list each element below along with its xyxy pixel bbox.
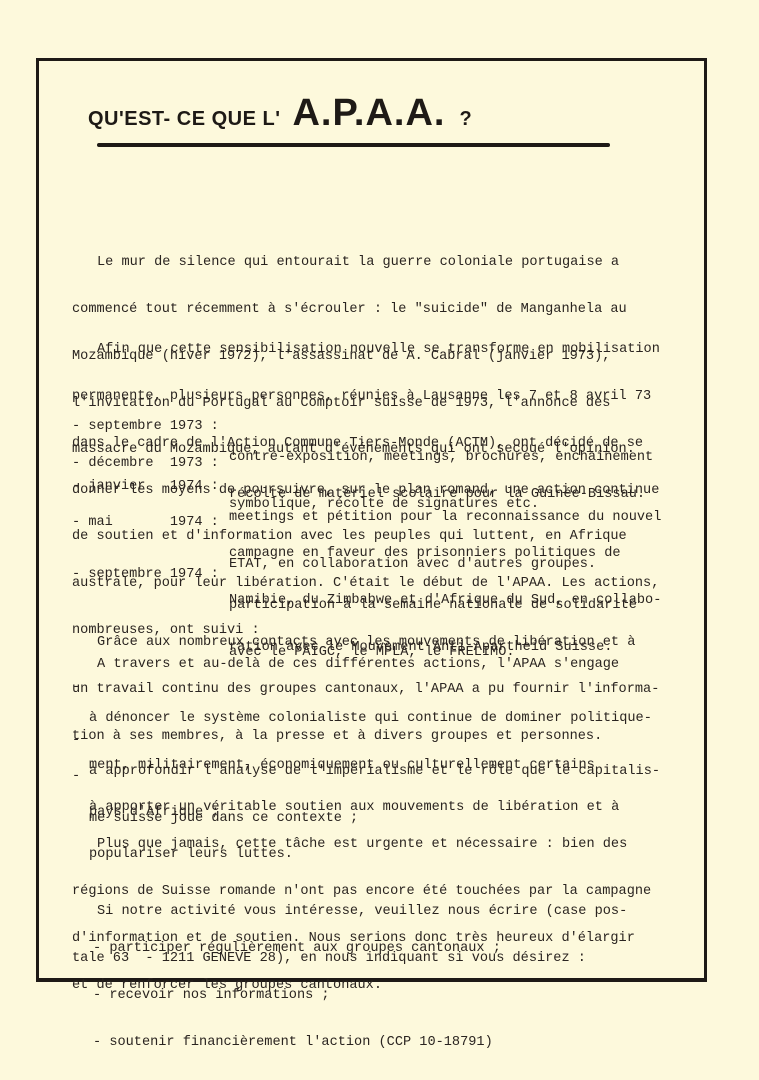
engage-intro: A travers et au-delà de ces différentes … [72, 657, 619, 673]
text-line: permanente, plusieurs personnes, réunies… [72, 389, 660, 405]
wish-item: - soutenir financièrement l'action (CCP … [93, 1035, 501, 1051]
text-line: à dénoncer le système colonialiste qui c… [89, 711, 652, 727]
title-prefix: QU'EST- CE QUE L' [88, 108, 280, 131]
title-underline [97, 143, 610, 147]
wish-item: - participer régulièrement aux groupes c… [93, 941, 501, 957]
text-line: Plus que jamais, cette tâche est urgente… [72, 837, 651, 853]
text-line: Le mur de silence qui entourait la guerr… [72, 255, 635, 271]
text-line: Grâce aux nombreux contacts avec les mou… [72, 635, 659, 651]
wishes-list: - participer régulièrement aux groupes c… [93, 910, 501, 1066]
title-suffix: ? [460, 108, 472, 131]
action-description: campagne en faveur des prisonniers polit… [229, 546, 661, 562]
page-title: QU'EST- CE QUE L' A.P.A.A. ? [88, 92, 472, 135]
title-acronym: A.P.A.A. [292, 92, 445, 135]
wish-item: - recevoir nos informations ; [93, 988, 501, 1004]
text-line: Afin que cette sensibilisation nouvelle … [72, 342, 660, 358]
